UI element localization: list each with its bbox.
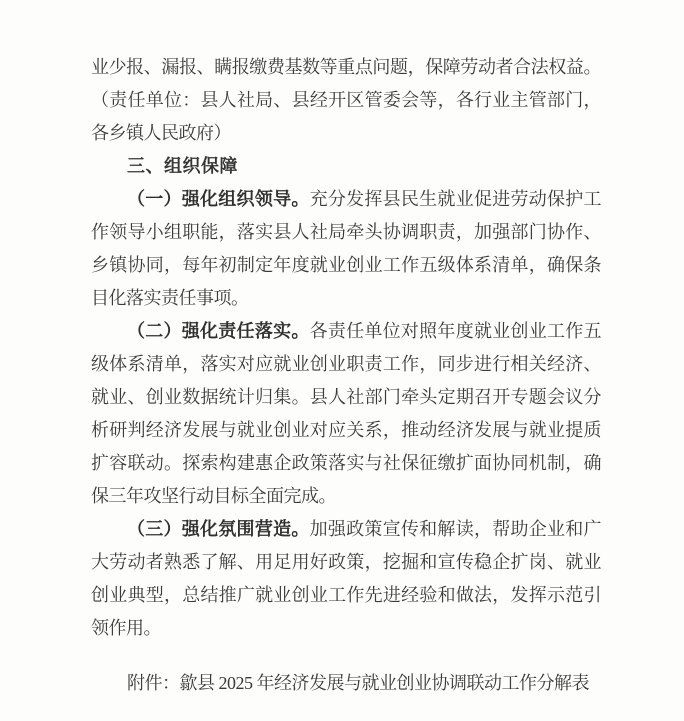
document-page: 业少报、漏报、瞒报缴费基数等重点问题，保障劳动者合法权益。 （责任单位：县人社局…	[0, 0, 684, 721]
paragraph-lead: （一）强化组织领导。	[127, 189, 310, 209]
body-line: 领作用。	[91, 612, 601, 645]
body-line: 就业、创业数据统计归集。县人社部门牵头定期召开专题会议分	[91, 381, 601, 414]
paragraph-text: 各责任单位对照年度就业创业工作五	[310, 321, 601, 341]
paragraph-text: 充分发挥县民生就业促进劳动保护工	[310, 189, 601, 209]
document-text-block: 业少报、漏报、瞒报缴费基数等重点问题，保障劳动者合法权益。 （责任单位：县人社局…	[91, 51, 601, 700]
attachment-line: 附件：歙县 2025 年经济发展与就业创业协调联动工作分解表	[91, 667, 601, 700]
body-line: 保三年攻坚行动目标全面完成。	[91, 480, 601, 513]
body-line: 作领导小组职能，落实县人社局牵头协调职责，加强部门协作、	[91, 216, 601, 249]
paragraph-lead: （二）强化责任落实。	[127, 321, 310, 341]
body-line: 级体系清单，落实对应就业创业职责工作，同步进行相关经济、	[91, 348, 601, 381]
paragraph-lead: （三）强化氛围营造。	[127, 519, 310, 539]
paragraph-first-line: （一）强化组织领导。充分发挥县民生就业促进劳动保护工	[91, 183, 601, 216]
section-heading: 三、组织保障	[91, 150, 601, 183]
body-line: 析研判经济发展与就业创业对应关系，推动经济发展与就业提质	[91, 414, 601, 447]
body-line: 目化落实责任事项。	[91, 282, 601, 315]
body-line: （责任单位：县人社局、县经开区管委会等，各行业主管部门，	[91, 84, 601, 117]
body-line: 乡镇协同，每年初制定年度就业创业工作五级体系清单，确保条	[91, 249, 601, 282]
paragraph-text: 加强政策宣传和解读，帮助企业和广	[310, 519, 601, 539]
body-line: 业少报、漏报、瞒报缴费基数等重点问题，保障劳动者合法权益。	[91, 51, 601, 84]
paragraph-first-line: （二）强化责任落实。各责任单位对照年度就业创业工作五	[91, 315, 601, 348]
body-line: 创业典型，总结推广就业创业工作先进经验和做法，发挥示范引	[91, 579, 601, 612]
paragraph-first-line: （三）强化氛围营造。加强政策宣传和解读，帮助企业和广	[91, 513, 601, 546]
body-line: 扩容联动。探索构建惠企政策落实与社保征缴扩面协同机制，确	[91, 447, 601, 480]
body-line: 各乡镇人民政府）	[91, 117, 601, 150]
body-line: 大劳动者熟悉了解、用足用好政策，挖掘和宣传稳企扩岗、就业	[91, 546, 601, 579]
